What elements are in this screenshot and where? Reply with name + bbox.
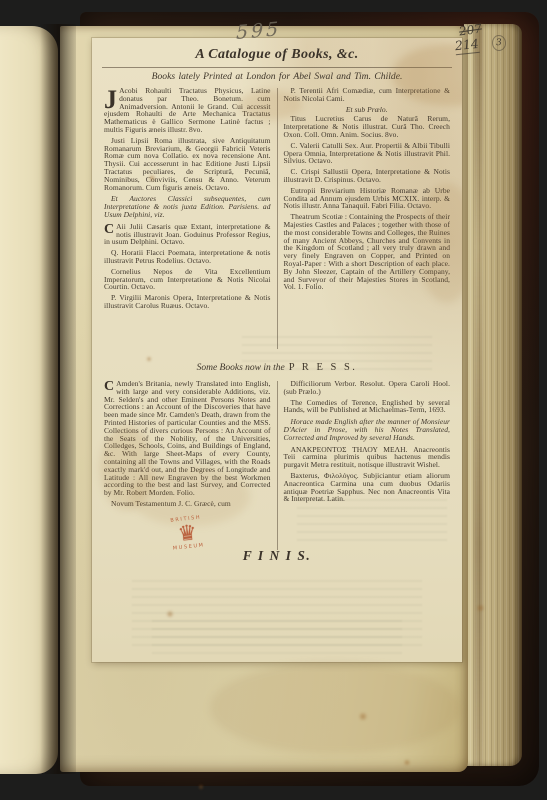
catalogue-entry: Baxterus, Φιλολόγος. Subjiciantur etiam … — [284, 472, 451, 503]
catalogue-entry: Et Auctores Classici subsequentes, cum I… — [104, 195, 271, 218]
book-page-edges — [464, 24, 522, 766]
catalogue-entry: ΑΝΑΚΡΕΟΝΤΟΣ ΤΗΛΟΥ ΜΕΛΗ. Anacreontis Teii… — [284, 446, 451, 469]
foxing-spot — [358, 712, 368, 721]
right-column: P. Terentii Afri Comædiæ, cum Interpreta… — [284, 87, 451, 349]
facing-page-edge — [0, 26, 58, 774]
drop-cap: C — [104, 380, 116, 392]
page-edge-stain — [474, 24, 483, 766]
catalogue-entry: CAii Julii Cæsaris quæ Extant, interpret… — [104, 223, 271, 246]
stain — [210, 662, 460, 754]
catalogue-entry: CAmden's Britania, newly Translated into… — [104, 380, 271, 497]
catalogue-entry: Difficiliorum Verbor. Resolut. Opera Car… — [284, 380, 451, 396]
printed-catalogue-leaf: A Catalogue of Books, &c. Books lately P… — [92, 38, 462, 662]
catalogue-entry: P. Terentii Afri Comædiæ, cum Interpreta… — [284, 87, 451, 103]
catalogue-entry: P. Virgilii Maronis Opera, Interpretatio… — [104, 294, 271, 310]
column-divider — [277, 88, 278, 349]
imprint-line: Books lately Printed at London for Abel … — [98, 71, 456, 82]
catalogue-entry: The Comedies of Terence, Englished by se… — [284, 399, 451, 415]
catalogue-entry: C. Crispi Sallustii Opera, Interpretatio… — [284, 168, 451, 184]
left-column: JAcobi Rohaulti Tractatus Physicus, Lati… — [104, 87, 271, 349]
press-section-heading: Some Books now in theP R E S S. — [92, 357, 462, 375]
finis-colophon: F I N I S. — [92, 548, 462, 564]
column-divider — [277, 381, 278, 550]
photograph-of-open-book: A Catalogue of Books, &c. Books lately P… — [0, 0, 547, 800]
catalogue-press-section: CAmden's Britania, newly Translated into… — [92, 380, 462, 550]
catalogue-entry: Titus Lucretius Carus de Naturâ Rerum, I… — [284, 115, 451, 138]
handwritten-number-underlined: 214 — [454, 36, 480, 55]
catalogue-entry: JAcobi Rohaulti Tractatus Physicus, Lati… — [104, 87, 271, 134]
album-page: A Catalogue of Books, &c. Books lately P… — [60, 26, 468, 772]
foxing-spot — [403, 759, 411, 766]
catalogue-entry: Et sub Prælo. — [284, 106, 451, 114]
catalogue-top-section: JAcobi Rohaulti Tractatus Physicus, Lati… — [92, 87, 462, 349]
catalogue-entry: C. Valerii Catulli Sex. Aur. Propertii &… — [284, 142, 451, 165]
press-heading-caps: P R E S S. — [289, 362, 358, 373]
catalogue-entry: Q. Horatii Flacci Poemata, interpretatio… — [104, 249, 271, 265]
drop-cap: J — [104, 87, 119, 110]
show-through-text — [152, 620, 402, 656]
drop-cap: C — [104, 223, 116, 235]
catalogue-entry: Horace made English after the manner of … — [284, 418, 451, 441]
catalogue-title: A Catalogue of Books, &c. — [100, 47, 454, 63]
show-through-text — [132, 578, 422, 648]
catalogue-entry: Justi Lipsii Roma illustrata, sive Antiq… — [104, 137, 271, 192]
press-heading-lead: Some Books now in the — [197, 363, 285, 373]
catalogue-entry: Theatrum Scotiæ : Containing the Prospec… — [284, 213, 451, 291]
catalogue-entry: Cornelius Nepos de Vita Excellentium Imp… — [104, 268, 271, 291]
press-right-column: Difficiliorum Verbor. Resolut. Opera Car… — [284, 380, 451, 550]
handwritten-folio-number: 595 — [236, 18, 281, 44]
horizontal-rule — [102, 67, 452, 68]
catalogue-entry: Novum Testamentum J. C. Græcè, cum — [104, 500, 271, 508]
catalogue-entry: Eutropii Breviarium Historiæ Romanæ ab U… — [284, 187, 451, 210]
